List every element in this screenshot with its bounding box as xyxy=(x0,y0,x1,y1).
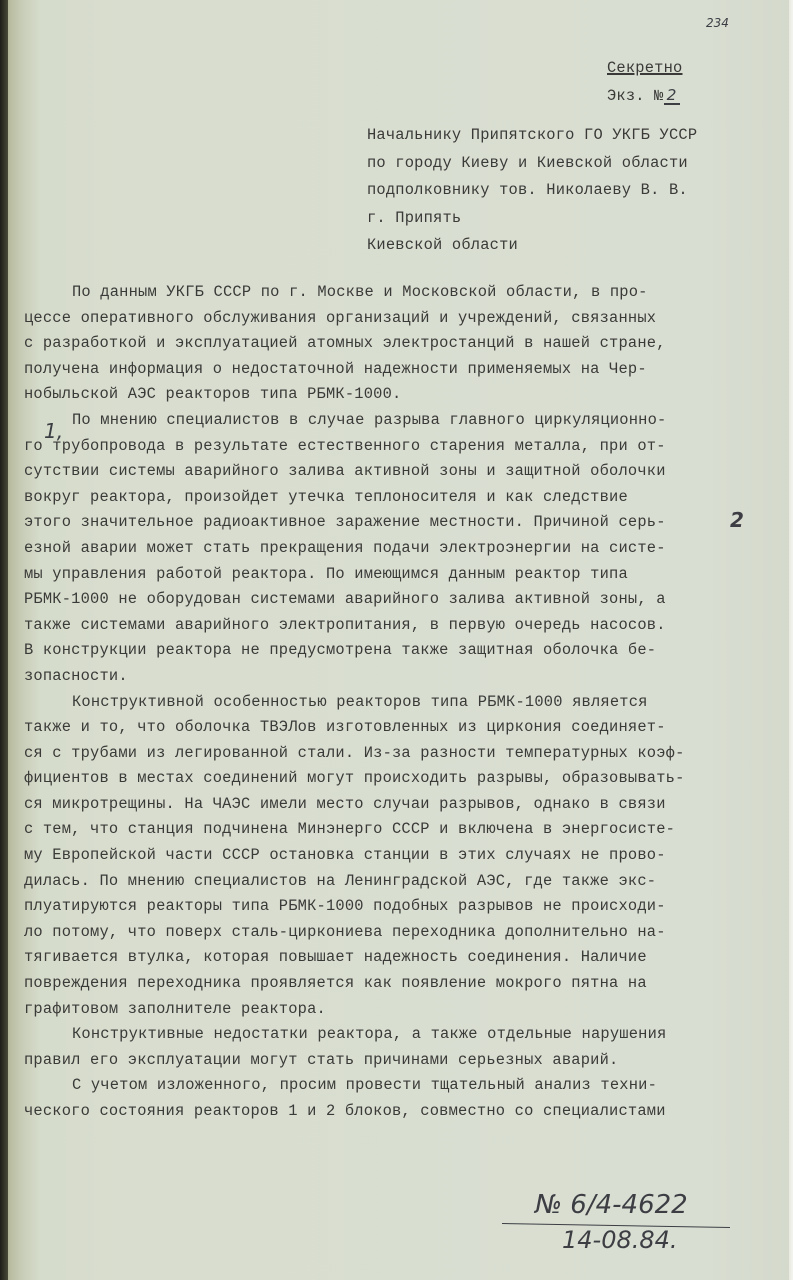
body-line: повреждения переходника проявляется как … xyxy=(24,971,764,997)
body-line: также системами аварийного электропитани… xyxy=(24,613,764,639)
body-line: По мнению специалистов в случае разрыва … xyxy=(24,408,764,434)
page-edge xyxy=(789,0,793,1280)
body-line: По данным УКГБ СССР по г. Москве и Моско… xyxy=(24,280,764,306)
body-line: также и то, что оболочка ТВЭЛов изготовл… xyxy=(24,715,764,741)
body-line: графитовом заполнителе реактора. xyxy=(24,997,764,1023)
copy-number: 2 xyxy=(664,87,680,105)
body-line: с разработкой и эксплуатацией атомных эл… xyxy=(24,331,764,357)
addressee-line: Киевской области xyxy=(367,232,697,260)
body-line: ся микротрещины. На ЧАЭС имели место слу… xyxy=(24,792,764,818)
body-line: РБМК-1000 не оборудован системами аварий… xyxy=(24,587,764,613)
classification-label: Секретно xyxy=(607,54,683,82)
body-line: ческого состояния реакторов 1 и 2 блоков… xyxy=(24,1099,764,1125)
body-line: го трубопровода в результате естественно… xyxy=(24,434,764,460)
addressee-line: по городу Киеву и Киевской области xyxy=(367,150,697,178)
body-line: мы управления работой реактора. По имеющ… xyxy=(24,562,764,588)
body-line: С учетом изложенного, просим провести тщ… xyxy=(24,1073,764,1099)
addressee-line: подполковнику тов. Николаеву В. В. xyxy=(367,177,697,205)
body-line: тягивается втулка, которая повышает наде… xyxy=(24,945,764,971)
copy-label: Экз. № xyxy=(607,87,664,105)
body-line: му Европейской части СССР остановка стан… xyxy=(24,843,764,869)
classification-block: Секретно Экз. №2 xyxy=(607,54,683,110)
body-line: фициентов в местах соединений могут прои… xyxy=(24,766,764,792)
body-line: дилась. По мнению специалистов на Ленинг… xyxy=(24,869,764,895)
scanned-document-page: 234 Секретно Экз. №2 Начальнику Припятск… xyxy=(0,0,793,1280)
body-line: получена информация о недостаточной наде… xyxy=(24,357,764,383)
registration-date: 14-08.84. xyxy=(562,1226,678,1254)
body-line: цессе оперативного обслуживания организа… xyxy=(24,306,764,332)
addressee-block: Начальнику Припятского ГО УКГБ УССР по г… xyxy=(367,122,697,260)
body-line: плуатируются реакторы типа РБМК-1000 под… xyxy=(24,894,764,920)
body-line: правил его эксплуатации могут стать прич… xyxy=(24,1048,764,1074)
registration-number: № 6/4-4622 xyxy=(535,1190,688,1220)
body-line: Конструктивные недостатки реактора, а та… xyxy=(24,1022,764,1048)
body-line: ло потому, что поверх сталь-циркониева п… xyxy=(24,920,764,946)
body-line: нобыльской АЭС реакторов типа РБМК-1000. xyxy=(24,382,764,408)
body-line: ся с трубами из легированной стали. Из-з… xyxy=(24,741,764,767)
body-line: этого значительное радиоактивное заражен… xyxy=(24,510,764,536)
body-line: с тем, что станция подчинена Минэнерго С… xyxy=(24,817,764,843)
letter-body: По данным УКГБ СССР по г. Москве и Моско… xyxy=(24,280,764,1125)
body-line: вокруг реактора, произойдет утечка тепло… xyxy=(24,485,764,511)
body-line: В конструкции реактора не предусмотрена … xyxy=(24,638,764,664)
body-line: Конструктивной особенностью реакторов ти… xyxy=(24,690,764,716)
body-line: зопасности. xyxy=(24,664,764,690)
binding-edge xyxy=(0,0,8,1280)
addressee-line: Начальнику Припятского ГО УКГБ УССР xyxy=(367,122,697,150)
body-line: езной аварии может стать прекращения под… xyxy=(24,536,764,562)
copy-number-line: Экз. №2 xyxy=(607,82,683,110)
archive-page-number: 234 xyxy=(706,16,729,30)
body-line: сутствии системы аварийного залива актив… xyxy=(24,459,764,485)
addressee-line: г. Припять xyxy=(367,205,697,233)
